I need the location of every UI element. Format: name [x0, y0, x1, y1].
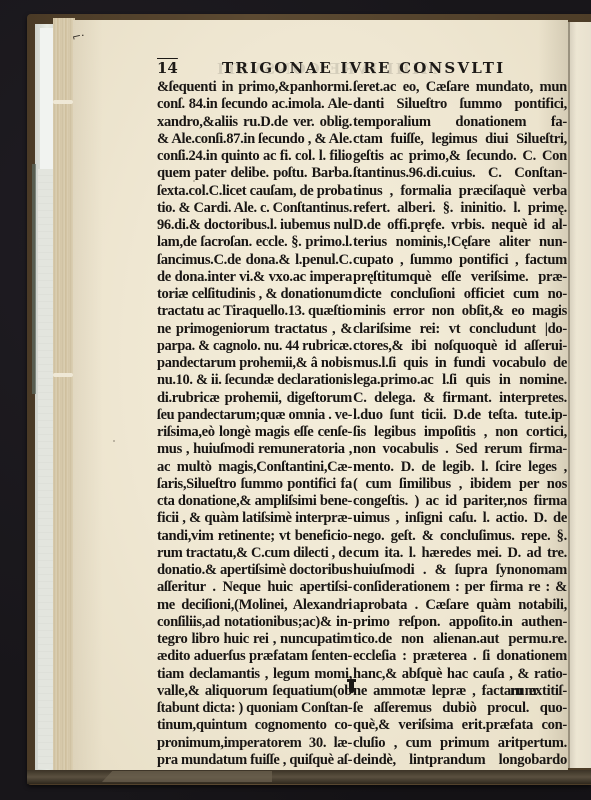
text-line: pronimum,imperatorem 30. læ- [157, 735, 352, 752]
text-line: refert. alberi. §. ininitio. l. primę. [353, 200, 567, 217]
text-line: ficii , & quàm latiſsimè interpræ- [157, 510, 352, 527]
text-line: congeſtis. ) ac id pariter,nos firma [353, 493, 567, 510]
text-line: C. delega. & firmant. interpretes. [353, 390, 567, 407]
text-line: pręſtitumquè eſſe veriſsime. præ- [353, 269, 567, 286]
text-line: terius nominis,!Cęſare aliter nun- [353, 234, 567, 251]
binding-stitch [53, 100, 73, 104]
text-line: danti Silueſtro ſummo pontifici, [353, 96, 567, 113]
text-line: quem pater delibe. poſtu. Barba. [157, 165, 352, 182]
text-line: dicte concluſioni officiet cum no- [353, 286, 567, 303]
text-line: xandro,&aliis ru.D.de ver. oblig. [157, 114, 352, 131]
printer-signature-mark [349, 679, 354, 693]
facing-page-edge [567, 22, 591, 768]
binding-stitch [53, 373, 73, 377]
text-line: ctam fuiſſe, legimus diui Silueſtri, [353, 131, 567, 148]
text-line: valle,& aliquorum ſequatium(ob [157, 683, 352, 700]
text-line: parpa. & cagnolo. nu. 44 rubricæ. [157, 338, 352, 355]
text-line: l.duo ſunt ticii. D.de teſta. tute.ip- [353, 407, 567, 424]
text-line: eccleſia : præterea . ſi donationem [353, 648, 567, 665]
text-line: cluſio , cum primum aritpertum. [353, 735, 567, 752]
text-line: ſe aſſeremus dubiò procul. quo- [353, 700, 567, 717]
text-line: donatio.& apertiſsimè doctoribus [157, 562, 352, 579]
text-line: mus , huiuſmodi remuneratoria , [157, 441, 352, 458]
text-line: rum tractatu,& C.cum dilecti , de [157, 545, 352, 562]
text-line: ctores,& ibi noſquoquè id aſſerui- [353, 338, 567, 355]
flyleaf-upper-strip [40, 28, 53, 171]
text-line: ſtabunt dicta: ) quoniam Conſtan- [157, 700, 352, 717]
text-column-left: &ſequenti in primo,&panhormi.conſ. 84.in… [157, 79, 352, 769]
text-line: tandi,vim retinente; vt beneficio- [157, 528, 352, 545]
text-line: deindè, lintprandum longobardo [353, 752, 567, 769]
text-line: 96.di.& doctoribus.l. iubemus nul [157, 217, 352, 234]
text-line: aſſeritur . Neque huic apertiſsi- [157, 579, 352, 596]
running-head: 14 TRIGONAE IVRE CONSVLTI [157, 59, 547, 79]
text-line: què,& veriſsima erit.præfata con- [353, 717, 567, 734]
flyleaf-lower-strip [38, 169, 53, 769]
text-line: primo reſpon. appoſito.in authen- [353, 614, 567, 631]
text-line: & Ale.conſi.87.in ſecundo , & Ale. [157, 131, 352, 148]
text-line: ſaris,Silueſtro ſummo pontifici fa [157, 476, 352, 493]
page-edges-stack [53, 18, 75, 770]
text-line: me deciſioni,(Molinei, Alexandri [157, 597, 352, 614]
text-line: tegro libro huic rei , nuncupatim [157, 631, 352, 648]
text-line: lega.primo.ac l.ſi quis in nomine. [353, 372, 567, 389]
text-line: lam,de ſacroſan. eccle. §. primo.l. [157, 234, 352, 251]
text-line: riſsima,eò longè magis eſſe cenſe- [157, 424, 352, 441]
text-line: ædito aduerſus præfatam ſenten- [157, 648, 352, 665]
worn-binding-patch [102, 771, 272, 782]
text-line: cupato , ſummo pontifici , factum [353, 252, 567, 269]
text-line: mus.l.ſi quis in fundi vocabulo de [353, 355, 567, 372]
text-line: ſtantinus.96.di.cuius. C. Conſtan- [353, 165, 567, 182]
paper-speck [113, 440, 115, 442]
text-line: minis error non obſit,& eo magis [353, 303, 567, 320]
text-line: hanc,& abſquè hac cauſa , & ratio- [353, 666, 567, 683]
text-line: ne primogeniorum tractatus , & [157, 321, 352, 338]
text-line: tiam declamantis , legum momi, [157, 666, 352, 683]
text-line: tico.de non alienan.aut permu.re. [353, 631, 567, 648]
catchword: rum [510, 683, 537, 700]
text-line: cta donatione,& ampliſsimi bene- [157, 493, 352, 510]
flyleaf-edge [35, 24, 55, 771]
text-line: clariſsime rei: vt concludunt |do- [353, 321, 567, 338]
text-line: pandectarum prohemii,& â nobis [157, 355, 352, 372]
text-line: &ſequenti in primo,&panhormi. [157, 79, 352, 96]
text-line: geſtis ac primo,& ſecundo. C. Con [353, 148, 567, 165]
text-line: conſ. 84.in ſecundo ac.imola. Ale- [157, 96, 352, 113]
text-line: huiuſmodi . & ſupra ſynonomam [353, 562, 567, 579]
text-line: ſexta.col.C.licet cauſam, de proba [157, 183, 352, 200]
text-line: ſeu pandectarum;quæ omnia . ve- [157, 407, 352, 424]
text-line: toriæ celſitudinis , & donationum [157, 286, 352, 303]
text-line: cum ita. l. hæredes mei. D. ad tre. [353, 545, 567, 562]
text-line: nu.10. & ii. ſecundæ declarationis [157, 372, 352, 389]
text-line: tio. & Cardi. Ale. c. Conſtantinus. [157, 200, 352, 217]
text-line: tinum,quintum cognomento co- [157, 717, 352, 734]
flyleaf-shadow [32, 164, 36, 394]
text-column-right: ſeret.ac eo, Cæſare mundato, mundanti Si… [353, 79, 567, 769]
book-cover-bottom-edge [27, 770, 591, 784]
text-line: D.de offi.pręfe. vrbis. nequè id al- [353, 217, 567, 234]
text-line: non vocabulis . Sed rerum firma- [353, 441, 567, 458]
text-line: di.rubricæ prohemii, digeſtorum [157, 390, 352, 407]
page-number: 14 [157, 59, 178, 77]
text-line: temporalium donationem fa- [353, 114, 567, 131]
text-line: ( cum ſimilibus , ibidem per nos [353, 476, 567, 493]
text-line: conſi.24.in quinto ac fi. col. l. filio [157, 148, 352, 165]
text-line: tractatu ac Tiraquello.13. quæſtio [157, 303, 352, 320]
text-line: uimus , inſigni caſu. l. actio. D. de [353, 510, 567, 527]
text-line: ſis legibus impoſitis , non cortici, [353, 424, 567, 441]
text-line: ac multò magis,Conſtantini,Cæ- [157, 459, 352, 476]
text-line: ſancimus.C.de dona.& l.penul.C. [157, 252, 352, 269]
text-line: nego. geſt. & concluſimus. repe. §. [353, 528, 567, 545]
corner-ink-mark: ⌐· [71, 29, 86, 44]
text-line: mento. D. de legib. l. ſcire leges , [353, 459, 567, 476]
text-line: tinus , formalia præciſaquè verba [353, 183, 567, 200]
text-line: conſiliis,ad notationibus;ac)& in- [157, 614, 352, 631]
text-line: pra mundatum fuiſſe , quiſquè aſ- [157, 752, 352, 769]
running-title: TRIGONAE IVRE CONSVLTI [222, 59, 505, 77]
text-line: de dona.inter vi.& vxo.ac impera [157, 269, 352, 286]
text-line: ſeret.ac eo, Cæſare mundato, mun [353, 79, 567, 96]
text-line: aprobata . Cæſare quàm notabili, [353, 597, 567, 614]
text-line: conſiderationem : per firma re : & [353, 579, 567, 596]
